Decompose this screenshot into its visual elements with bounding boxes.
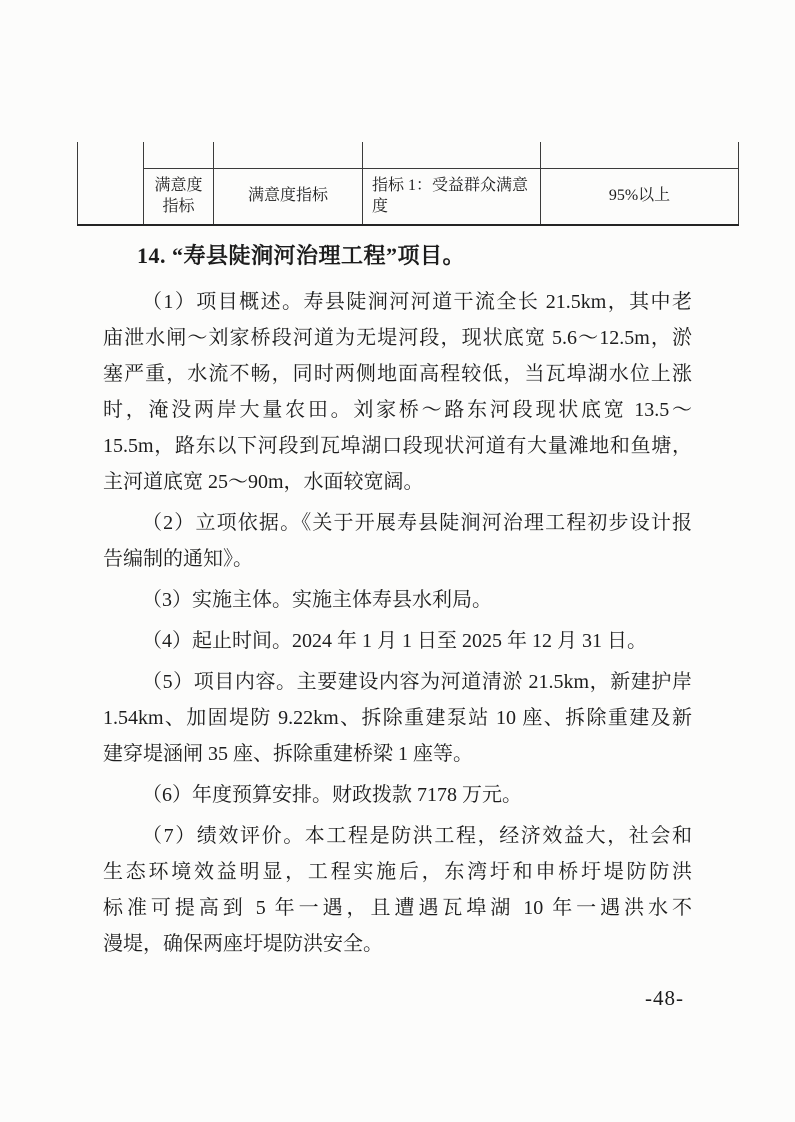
text-line: 告编制的通知》。 [103,541,692,577]
table-row-satisfaction: 满意度指标 满意度指标 指标 1：受益群众满意度 95%以上 [78,169,739,226]
text-line: 庙泄水闸～刘家桥段河道为无堤河段，现状底宽 5.6～12.5m，淤 [103,320,692,356]
text-line: 标准可提高到 5 年一遇，且遭遇瓦埠湖 10 年一遇洪水不 [103,890,692,926]
paragraph: （7）绩效评价。本工程是防洪工程，经济效益大，社会和生态环境效益明显，工程实施后… [103,818,692,962]
table-cell-subcategory: 满意度指标 [214,169,363,226]
text-line: （6）年度预算安排。财政拨款 7178 万元。 [103,777,692,813]
page-number: -48- [645,986,684,1011]
table-cell-empty [214,142,363,169]
table-cell-category: 满意度指标 [144,169,214,226]
paragraph: （2）立项依据。《关于开展寿县陡涧河治理工程初步设计报告编制的通知》。 [103,505,692,577]
table-cell-empty [541,142,739,169]
document-page: 满意度指标 满意度指标 指标 1：受益群众满意度 95%以上 14. “寿县陡涧… [0,0,795,1122]
text-line: （1）项目概述。寿县陡涧河河道干流全长 21.5km，其中老 [103,284,692,320]
table-cell-indicator: 指标 1：受益群众满意度 [363,169,541,226]
text-line: （5）项目内容。主要建设内容为河道清淤 21.5km，新建护岸 [103,664,692,700]
paragraph: （3）实施主体。实施主体寿县水利局。 [103,582,692,618]
text-line: 1.54km、加固堤防 9.22km、拆除重建泵站 10 座、拆除重建及新 [103,700,692,736]
text-line: 时，淹没两岸大量农田。刘家桥～路东河段现状底宽 13.5～ [103,392,692,428]
paragraph: （1）项目概述。寿县陡涧河河道干流全长 21.5km，其中老庙泄水闸～刘家桥段河… [103,284,692,500]
table-cell-merged-empty [78,142,144,225]
table-cell-empty [363,142,541,169]
satisfaction-indicator-table: 满意度指标 满意度指标 指标 1：受益群众满意度 95%以上 [77,142,739,226]
text-line: 主河道底宽 25～90m，水面较宽阔。 [103,464,692,500]
table-row-partial [78,142,739,169]
text-line: 生态环境效益明显，工程实施后，东湾圩和申桥圩堤防防洪 [103,854,692,890]
table-cell-empty [144,142,214,169]
text-line: 建穿堤涵闸 35 座、拆除重建桥梁 1 座等。 [103,736,692,772]
paragraph: （4）起止时间。2024 年 1 月 1 日至 2025 年 12 月 31 日… [103,623,692,659]
text-line: （4）起止时间。2024 年 1 月 1 日至 2025 年 12 月 31 日… [103,623,692,659]
document-body: （1）项目概述。寿县陡涧河河道干流全长 21.5km，其中老庙泄水闸～刘家桥段河… [103,279,692,962]
paragraph: （5）项目内容。主要建设内容为河道清淤 21.5km，新建护岸1.54km、加固… [103,664,692,772]
text-line: 漫堤，确保两座圩堤防洪安全。 [103,926,692,962]
text-line: （7）绩效评价。本工程是防洪工程，经济效益大，社会和 [103,818,692,854]
text-line: （2）立项依据。《关于开展寿县陡涧河治理工程初步设计报 [103,505,692,541]
text-line: 15.5m，路东以下河段到瓦埠湖口段现状河道有大量滩地和鱼塘， [103,428,692,464]
text-line: 塞严重，水流不畅，同时两侧地面高程较低，当瓦埠湖水位上涨 [103,356,692,392]
table-cell-target: 95%以上 [541,169,739,226]
paragraph: （6）年度预算安排。财政拨款 7178 万元。 [103,777,692,813]
text-line: （3）实施主体。实施主体寿县水利局。 [103,582,692,618]
section-heading: 14. “寿县陡涧河治理工程”项目。 [137,239,465,270]
